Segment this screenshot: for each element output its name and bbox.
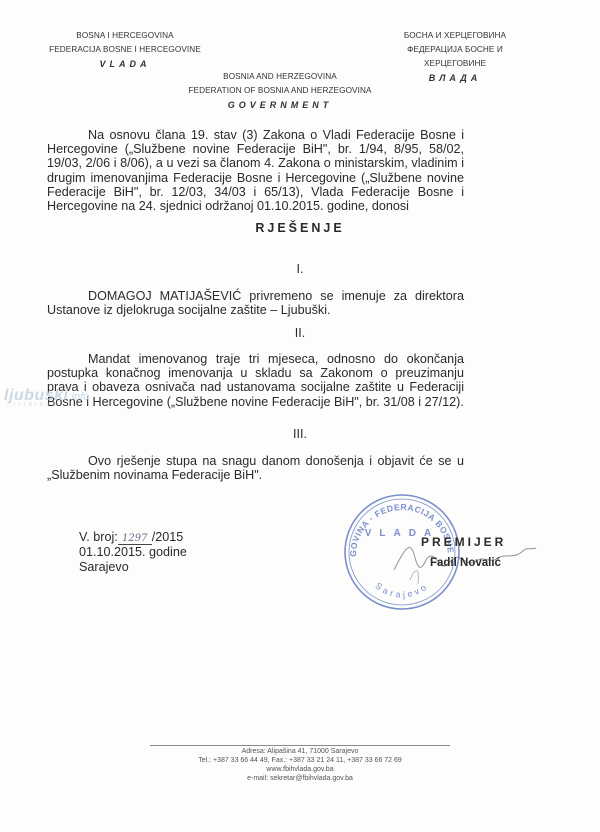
watermark-tld: .info bbox=[68, 391, 89, 403]
header-latin: BOSNA I HERCEGOVINA FEDERACIJA BOSNE I H… bbox=[40, 29, 210, 71]
reference-date: 01.10.2015. godine bbox=[79, 545, 187, 560]
reference-prefix: V. broj: bbox=[79, 530, 118, 544]
footer-email: e-mail: sekretar@fbihvlada.gov.ba bbox=[100, 774, 500, 783]
decision-title: RJEŠENJE bbox=[0, 221, 600, 235]
header-cyrillic-country: БОСНА И ХЕРЦЕГОВИНА bbox=[380, 29, 530, 43]
reference-number-line: V. broj:1297/2015 bbox=[79, 530, 187, 545]
section-numeral-3: III. bbox=[0, 427, 600, 441]
section-text-2: Mandat imenovanog traje tri mjeseca, odn… bbox=[47, 352, 464, 409]
header-latin-title: VLADA bbox=[40, 57, 210, 71]
reference-place: Sarajevo bbox=[79, 560, 187, 575]
header-cyrillic-title: ВЛАДА bbox=[380, 71, 530, 85]
footer-website: www.fbihvlada.gov.ba bbox=[100, 765, 500, 774]
signature-name: Fadil Novalić bbox=[430, 557, 501, 569]
header-latin-federation: FEDERACIJA BOSNE I HERCEGOVINE bbox=[40, 43, 210, 57]
reference-suffix: /2015 bbox=[152, 530, 184, 544]
preamble-text: Na osnovu člana 19. stav (3) Zakona o Vl… bbox=[47, 128, 464, 213]
footer-address: Adresa: Alipašina 41, 71000 Sarajevo bbox=[100, 747, 500, 756]
footer-contact: Adresa: Alipašina 41, 71000 Sarajevo Tel… bbox=[100, 747, 500, 783]
section-numeral-1: I. bbox=[0, 262, 600, 276]
preamble-paragraph: Na osnovu člana 19. stav (3) Zakona o Vl… bbox=[47, 128, 464, 213]
header-english-title: GOVERNMENT bbox=[185, 98, 375, 112]
handwritten-number: 1297 bbox=[118, 533, 152, 545]
reference-block: V. broj:1297/2015 01.10.2015. godine Sar… bbox=[79, 530, 187, 574]
section-text-3: Ovo rješenje stupa na snagu danom donoše… bbox=[47, 454, 464, 482]
section-text-1: DOMAGOJ MATIJAŠEVIĆ privremeno se imenuj… bbox=[47, 289, 464, 317]
header-cyrillic-federation: ФЕДЕРАЦИЈА БОСНЕ И ХЕРЦЕГОВИНЕ bbox=[380, 43, 530, 71]
header-english-federation: FEDERATION OF BOSNIA AND HERZEGOVINA bbox=[185, 84, 375, 98]
section-paragraph-1: DOMAGOJ MATIJAŠEVIĆ privremeno se imenuj… bbox=[47, 289, 464, 317]
header-cyrillic: БОСНА И ХЕРЦЕГОВИНА ФЕДЕРАЦИЈА БОСНЕ И Х… bbox=[380, 29, 530, 85]
header-latin-country: BOSNA I HERCEGOVINA bbox=[40, 29, 210, 43]
section-numeral-2: II. bbox=[0, 326, 600, 340]
section-paragraph-3: Ovo rješenje stupa na snagu danom donoše… bbox=[47, 454, 464, 482]
footer-divider bbox=[150, 745, 450, 746]
header-english-country: BOSNIA AND HERZEGOVINA bbox=[185, 70, 375, 84]
watermark-ljubuski-info: ljubuski.info ILIRIKUM bbox=[4, 387, 94, 408]
footer-phones: Tel.: +387 33 66 44 49, Fax.: +387 33 21… bbox=[100, 756, 500, 765]
header-english: BOSNIA AND HERZEGOVINA FEDERATION OF BOS… bbox=[185, 70, 375, 112]
signature-title: PREMIJER bbox=[421, 535, 506, 549]
section-paragraph-2: Mandat imenovanog traje tri mjeseca, odn… bbox=[47, 352, 464, 409]
